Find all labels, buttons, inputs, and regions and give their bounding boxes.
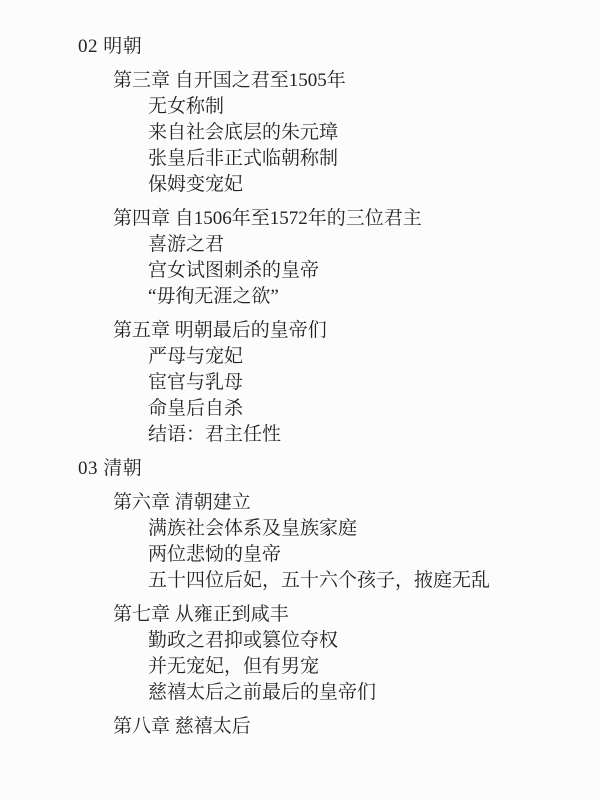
document-page: 02 明朝 第三章 自开国之君至1505年 无女称制 来自社会底层的朱元璋 张皇…: [0, 0, 600, 800]
toc-section-item: 两位悲恸的皇帝: [148, 542, 560, 568]
toc-section-item: 并无宠妃，但有男宠: [148, 654, 560, 680]
toc-section-item: 命皇后自杀: [148, 396, 560, 422]
toc-chapter-title: 第五章 明朝最后的皇帝们: [113, 318, 560, 344]
toc-chapter-group: 第六章 清朝建立 满族社会体系及皇族家庭 两位悲恸的皇帝 五十四位后妃，五十六个…: [78, 490, 560, 594]
toc-part-ming: 02 明朝 第三章 自开国之君至1505年 无女称制 来自社会底层的朱元璋 张皇…: [78, 34, 560, 448]
toc-section-item: 五十四位后妃，五十六个孩子，掖庭无乱: [148, 568, 560, 594]
toc-chapter-title: 第三章 自开国之君至1505年: [113, 68, 560, 94]
toc-section-item: “毋徇无涯之欲”: [148, 284, 560, 310]
toc-section-item: 张皇后非正式临朝称制: [148, 146, 560, 172]
toc-part-label: 03 清朝: [78, 456, 560, 482]
toc-section-item: 慈禧太后之前最后的皇帝们: [148, 680, 560, 706]
toc-part-label: 02 明朝: [78, 34, 560, 60]
toc-section-item: 保姆变宠妃: [148, 172, 560, 198]
toc-section-item: 宫女试图刺杀的皇帝: [148, 258, 560, 284]
toc-section-item: 勤政之君抑或篡位夺权: [148, 628, 560, 654]
toc-part-qing: 03 清朝 第六章 清朝建立 满族社会体系及皇族家庭 两位悲恸的皇帝 五十四位后…: [78, 456, 560, 740]
toc-chapter-group: 第三章 自开国之君至1505年 无女称制 来自社会底层的朱元璋 张皇后非正式临朝…: [78, 68, 560, 198]
toc-chapter-title: 第八章 慈禧太后: [113, 714, 560, 740]
toc-chapter-title: 第六章 清朝建立: [113, 490, 560, 516]
toc-chapter-group: 第五章 明朝最后的皇帝们 严母与宠妃 宦官与乳母 命皇后自杀 结语：君主任性: [78, 318, 560, 448]
toc-chapter-title: 第七章 从雍正到咸丰: [113, 602, 560, 628]
table-of-contents: 02 明朝 第三章 自开国之君至1505年 无女称制 来自社会底层的朱元璋 张皇…: [78, 34, 560, 740]
toc-chapter-group: 第八章 慈禧太后: [78, 714, 560, 740]
toc-section-item: 满族社会体系及皇族家庭: [148, 516, 560, 542]
toc-section-item: 严母与宠妃: [148, 344, 560, 370]
toc-section-item: 结语：君主任性: [148, 422, 560, 448]
toc-chapter-title: 第四章 自1506年至1572年的三位君主: [113, 206, 560, 232]
toc-section-item: 来自社会底层的朱元璋: [148, 120, 560, 146]
toc-chapter-group: 第四章 自1506年至1572年的三位君主 喜游之君 宫女试图刺杀的皇帝 “毋徇…: [78, 206, 560, 310]
toc-section-item: 无女称制: [148, 94, 560, 120]
toc-chapter-group: 第七章 从雍正到咸丰 勤政之君抑或篡位夺权 并无宠妃，但有男宠 慈禧太后之前最后…: [78, 602, 560, 706]
toc-section-item: 宦官与乳母: [148, 370, 560, 396]
toc-section-item: 喜游之君: [148, 232, 560, 258]
